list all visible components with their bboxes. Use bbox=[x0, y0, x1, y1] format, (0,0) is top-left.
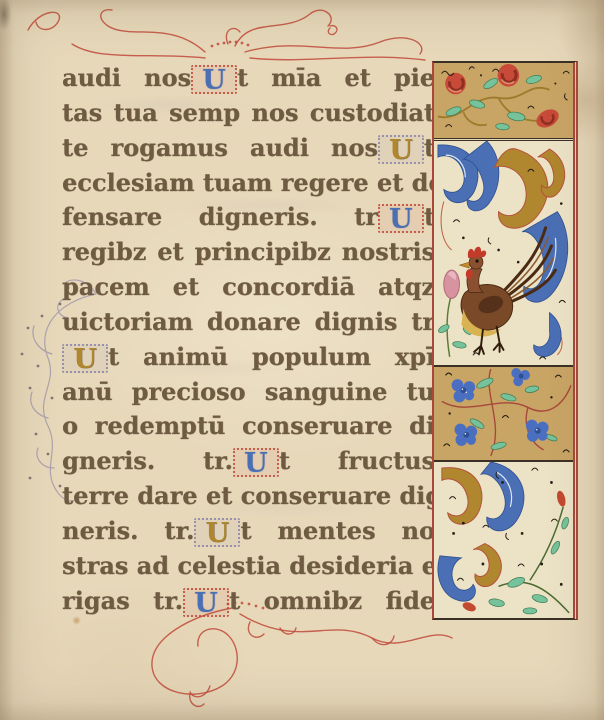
illuminated-border bbox=[432, 61, 578, 620]
illuminated-initial: U bbox=[62, 344, 108, 373]
roses-art bbox=[434, 63, 573, 138]
text-line: o redemptū conseruare di bbox=[62, 409, 435, 444]
line-text: t fructus bbox=[279, 446, 435, 475]
illuminated-initial: U bbox=[378, 204, 424, 233]
rooster-art bbox=[434, 141, 573, 365]
text-line: stras ad celestia desideria e bbox=[62, 549, 435, 584]
text-line: ecclesiam tuam regere et de bbox=[62, 166, 435, 201]
illuminated-initial: U bbox=[191, 65, 237, 94]
text-line: tas tua semp nos custodiat bbox=[62, 96, 435, 131]
illuminated-initial: U bbox=[378, 135, 424, 164]
corner-stain bbox=[0, 0, 18, 48]
text-line: neris. tr.Ut mentes no bbox=[62, 514, 435, 549]
line-text: pacem et concordiā atqz bbox=[62, 272, 435, 301]
line-text: o redemptū conseruare di bbox=[62, 411, 435, 440]
line-text: fensare digneris. tr bbox=[62, 202, 378, 231]
text-line: audi nosUt mīa et pie bbox=[62, 61, 435, 96]
illuminated-initial: U bbox=[183, 588, 229, 617]
line-text: t mīa et pie bbox=[237, 63, 435, 92]
line-text: audi nos bbox=[62, 63, 191, 92]
line-text: te rogamus audi nos bbox=[62, 133, 378, 162]
text-line: fensare digneris. trUt bbox=[62, 200, 435, 235]
line-text: ecclesiam tuam regere et de bbox=[62, 168, 444, 197]
illuminated-initial: U bbox=[194, 518, 240, 547]
acanthus-art bbox=[434, 462, 573, 618]
line-text: neris. tr. bbox=[62, 516, 194, 545]
line-text: uictoriam donare dignis tr bbox=[62, 307, 435, 336]
illuminated-initial: U bbox=[233, 448, 279, 477]
text-line: anū precioso sanguine tu bbox=[62, 375, 435, 410]
blue-flowers-art bbox=[434, 367, 573, 460]
line-text: terre dare et conseruare dig bbox=[62, 481, 442, 510]
line-text: t mentes no bbox=[240, 516, 435, 545]
line-text: anū precioso sanguine tu bbox=[62, 377, 435, 406]
border-panel-acanthus bbox=[434, 460, 573, 618]
line-text: t animū populum xpī bbox=[108, 342, 435, 371]
text-line: pacem et concordiā atqz bbox=[62, 270, 435, 305]
border-panel-roses bbox=[434, 63, 573, 138]
text-line: rigas tr.Ut omnibz fide bbox=[62, 584, 435, 619]
text-block: audi nosUt mīa et pietas tua semp nos cu… bbox=[62, 61, 435, 619]
border-panel-blue-flowers bbox=[434, 365, 573, 460]
text-line: Ut animū populum xpī bbox=[62, 340, 435, 375]
line-text: stras ad celestia desideria e bbox=[62, 551, 437, 580]
text-line: gneris. tr.Ut fructus bbox=[62, 444, 435, 479]
line-text: t omnibz fide bbox=[229, 586, 435, 615]
text-line: regibz et principibz nostris bbox=[62, 235, 435, 270]
text-line: terre dare et conseruare dig bbox=[62, 479, 435, 514]
text-line: te rogamus audi nosUt bbox=[62, 131, 435, 166]
manuscript-page: audi nosUt mīa et pietas tua semp nos cu… bbox=[0, 0, 604, 720]
line-text: gneris. tr. bbox=[62, 446, 233, 475]
red-penwork-top bbox=[0, 0, 604, 70]
line-text: rigas tr. bbox=[62, 586, 183, 615]
text-line: uictoriam donare dignis tr bbox=[62, 305, 435, 340]
line-text: tas tua semp nos custodiat bbox=[62, 98, 435, 127]
border-panel-rooster bbox=[434, 138, 573, 365]
line-text: regibz et principibz nostris bbox=[62, 237, 435, 266]
